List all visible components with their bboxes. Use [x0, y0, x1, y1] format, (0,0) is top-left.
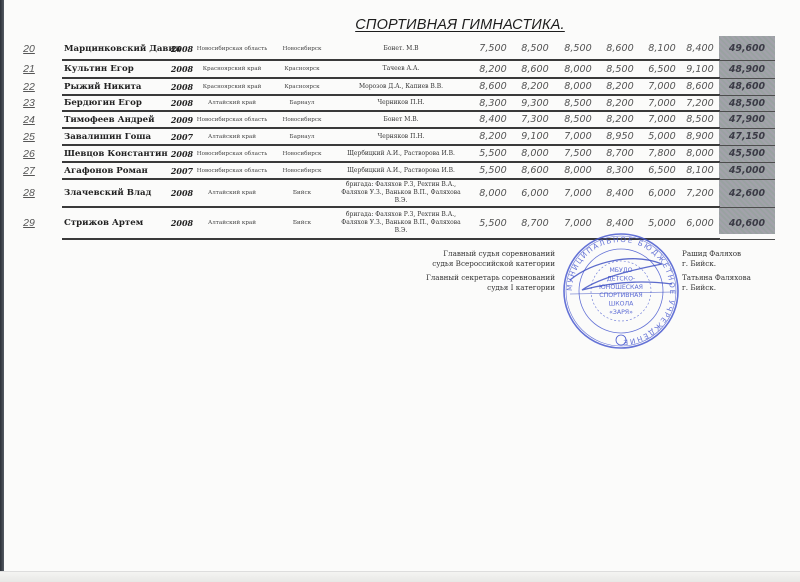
table-row: 23Бердюгин Егор2008Алтайский крайБарнаул…: [0, 96, 800, 112]
svg-text:МУНИЦИПАЛЬНОЕ БЮДЖЕТНОЕ УЧРЕЖД: МУНИЦИПАЛЬНОЕ БЮДЖЕТНОЕ УЧРЕЖДЕНИЕ: [565, 235, 677, 347]
total-score: 45,000: [719, 163, 775, 178]
athlete-name: Завалишин Гоша: [64, 129, 172, 144]
score-6: 8,500: [678, 112, 722, 127]
score-2: 8,700: [513, 208, 557, 238]
coach: Бонет М.В.: [336, 112, 466, 127]
city: Новосибирск: [270, 163, 334, 178]
score-4: 8,400: [598, 180, 642, 206]
region: Алтайский край: [192, 96, 272, 110]
athlete-name: Марцинковский Давид: [64, 38, 172, 59]
coach: Бонет. М.В: [336, 38, 466, 59]
athlete-name: Агафонов Роман: [64, 163, 172, 178]
document-title: СПОРТИВНАЯ ГИМНАСТИКА.: [355, 17, 565, 33]
region: Алтайский край: [192, 129, 272, 144]
score-6: 8,100: [678, 163, 722, 178]
coach: Щербицкий А.И., Растворова И.В.: [336, 146, 466, 161]
place-number: 23: [18, 96, 40, 110]
score-6: 8,000: [678, 146, 722, 161]
score-2: 8,600: [513, 61, 557, 77]
chief-judge-title: Главный судья соревнований судья Всеросс…: [400, 249, 555, 269]
athlete-name: Культин Егор: [64, 61, 172, 77]
region: Новосибирская область: [192, 163, 272, 178]
chief-secretary-title-line1: Главный секретарь соревнований: [400, 273, 555, 283]
stamp-outer-text: МУНИЦИПАЛЬНОЕ БЮДЖЕТНОЕ УЧРЕЖДЕНИЕ: [565, 235, 677, 347]
city: Новосибирск: [270, 38, 334, 59]
total-score: 48,600: [719, 79, 775, 94]
place-number: 27: [18, 163, 40, 178]
score-3: 7,000: [556, 129, 600, 144]
score-3: 7,500: [556, 146, 600, 161]
athlete-name: Злачевский Влад: [64, 180, 172, 206]
chief-judge-signature: Рашид Фаляхов г. Бийск.: [682, 249, 792, 269]
total-score: 48,500: [719, 96, 775, 110]
region: Новосибирская область: [192, 112, 272, 127]
chief-judge-title-line1: Главный судья соревнований: [400, 249, 555, 259]
city: Красноярск: [270, 79, 334, 94]
score-6: 8,400: [678, 38, 722, 59]
table-row: 25Завалишин Гоша2007Алтайский крайБарнау…: [0, 129, 800, 146]
stamp-center-line: «ЗАРЯ»: [609, 309, 633, 316]
table-row: 29Стрижов Артем2008Алтайский крайБийскбр…: [0, 208, 800, 240]
athlete-name: Тимофеев Андрей: [64, 112, 172, 127]
coach: Морозов Д.А., Капиев В.В.: [336, 79, 466, 94]
athlete-name: Рыжий Никита: [64, 79, 172, 94]
city: Бийск: [270, 180, 334, 206]
city: Бийск: [270, 208, 334, 238]
score-4: 8,200: [598, 112, 642, 127]
coach: Щербицкий А.И., Растворова И.В.: [336, 163, 466, 178]
city: Барнаул: [270, 129, 334, 144]
score-1: 5,500: [471, 146, 515, 161]
chief-secretary-title: Главный секретарь соревнований судья I к…: [400, 273, 555, 293]
place-number: 29: [18, 208, 40, 238]
city: Красноярск: [270, 61, 334, 77]
table-row: 24Тимофеев Андрей2009Новосибирская облас…: [0, 112, 800, 129]
total-score: 42,600: [719, 180, 775, 206]
region: Красноярский край: [192, 61, 272, 77]
region: Новосибирская область: [192, 38, 272, 59]
coach: Черников П.Н.: [336, 96, 466, 110]
coach: Тачеев А.А.: [336, 61, 466, 77]
score-6: 8,600: [678, 79, 722, 94]
official-stamp-icon: МУНИЦИПАЛЬНОЕ БЮДЖЕТНОЕ УЧРЕЖДЕНИЕ МБУДО…: [562, 232, 680, 350]
total-score: 45,500: [719, 146, 775, 161]
chief-judge-name: Рашид Фаляхов: [682, 249, 792, 259]
score-3: 8,500: [556, 96, 600, 110]
table-row: 28Злачевский Влад2008Алтайский крайБийск…: [0, 180, 800, 208]
score-1: 5,500: [471, 208, 515, 238]
scan-bottom-edge: [0, 571, 800, 582]
score-4: 8,950: [598, 129, 642, 144]
chief-judge-title-line2: судья Всероссийской категории: [400, 259, 555, 269]
city: Барнаул: [270, 96, 334, 110]
score-1: 8,300: [471, 96, 515, 110]
chief-secretary-signature: Татьяна Фаляхова г. Бийск.: [682, 273, 792, 293]
score-1: 8,200: [471, 61, 515, 77]
score-2: 8,500: [513, 38, 557, 59]
score-3: 7,000: [556, 180, 600, 206]
score-2: 7,300: [513, 112, 557, 127]
place-number: 22: [18, 79, 40, 94]
place-number: 25: [18, 129, 40, 144]
score-3: 8,000: [556, 61, 600, 77]
total-score: 48,900: [719, 61, 775, 77]
table-row: 20Марцинковский Давид2008Новосибирская о…: [0, 38, 800, 61]
region: Новосибирская область: [192, 146, 272, 161]
score-1: 7,500: [471, 38, 515, 59]
score-6: 7,200: [678, 96, 722, 110]
score-4: 8,200: [598, 79, 642, 94]
score-1: 8,600: [471, 79, 515, 94]
score-4: 8,300: [598, 163, 642, 178]
score-6: 9,100: [678, 61, 722, 77]
coach: бригада: Фаляхов Р.З, Рехтин В.А., Фалях…: [336, 208, 466, 238]
score-3: 8,000: [556, 79, 600, 94]
score-2: 6,000: [513, 180, 557, 206]
score-2: 8,600: [513, 163, 557, 178]
table-row: 22Рыжий Никита2008Красноярский крайКрасн…: [0, 79, 800, 96]
document-title-wrap: СПОРТИВНАЯ ГИМНАСТИКА.: [0, 14, 800, 33]
stamp-center-line: ШКОЛА: [609, 301, 635, 308]
score-2: 9,100: [513, 129, 557, 144]
region: Красноярский край: [192, 79, 272, 94]
region: Алтайский край: [192, 180, 272, 206]
score-2: 8,000: [513, 146, 557, 161]
chief-secretary-city: г. Бийск.: [682, 283, 792, 293]
score-3: 8,000: [556, 163, 600, 178]
table-row: 27Агафонов Роман2007Новосибирская област…: [0, 163, 800, 180]
score-2: 9,300: [513, 96, 557, 110]
athlete-name: Бердюгин Егор: [64, 96, 172, 110]
score-4: 8,200: [598, 96, 642, 110]
score-1: 8,000: [471, 180, 515, 206]
total-score: 47,150: [719, 129, 775, 144]
coach: бригада: Фаляхов Р.З, Рехтин В.А., Фалях…: [336, 180, 466, 206]
score-1: 5,500: [471, 163, 515, 178]
chief-judge-city: г. Бийск.: [682, 259, 792, 269]
coach: Черняков П.Н.: [336, 129, 466, 144]
score-4: 8,600: [598, 38, 642, 59]
score-1: 8,400: [471, 112, 515, 127]
score-4: 8,700: [598, 146, 642, 161]
total-score: 49,600: [719, 38, 775, 59]
table-row: 26Шевцов Константин2008Новосибирская обл…: [0, 146, 800, 163]
city: Новосибирск: [270, 146, 334, 161]
total-row-divider: [719, 239, 775, 240]
score-6: 6,000: [678, 208, 722, 238]
total-score: 40,600: [719, 208, 775, 238]
place-number: 20: [18, 38, 40, 59]
region: Алтайский край: [192, 208, 272, 238]
score-2: 8,200: [513, 79, 557, 94]
chief-secretary-title-line2: судья I категории: [400, 283, 555, 293]
place-number: 28: [18, 180, 40, 206]
place-number: 21: [18, 61, 40, 77]
city: Новосибирск: [270, 112, 334, 127]
table-row: 21Культин Егор2008Красноярский крайКрасн…: [0, 61, 800, 79]
place-number: 26: [18, 146, 40, 161]
score-4: 8,500: [598, 61, 642, 77]
score-1: 8,200: [471, 129, 515, 144]
score-3: 8,500: [556, 38, 600, 59]
total-score: 47,900: [719, 112, 775, 127]
place-number: 24: [18, 112, 40, 127]
score-6: 8,900: [678, 129, 722, 144]
score-6: 7,200: [678, 180, 722, 206]
athlete-name: Стрижов Артем: [64, 208, 172, 238]
chief-secretary-name: Татьяна Фаляхова: [682, 273, 792, 283]
score-3: 8,500: [556, 112, 600, 127]
athlete-name: Шевцов Константин: [64, 146, 172, 161]
